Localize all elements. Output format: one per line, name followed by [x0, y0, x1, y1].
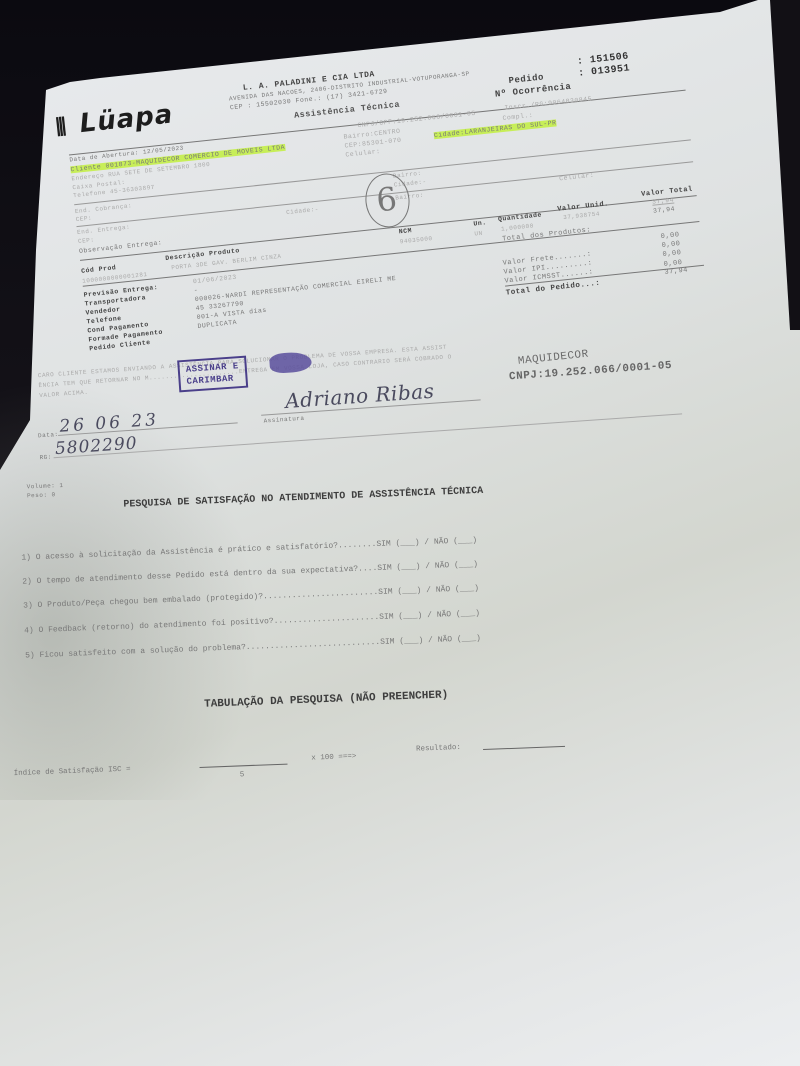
- survey-question-1[interactable]: 1) O acesso à solicitação da Assistência…: [21, 536, 477, 563]
- cidade-entrega: Cidade:-: [286, 206, 319, 216]
- total-pedido-value: 37,94: [664, 266, 688, 276]
- client-cnpj: CNPJ/CPF:19.252.066/0001-05: [357, 110, 476, 129]
- brand-logo: Lüapa: [78, 99, 174, 139]
- volume: Volume: 1: [27, 482, 64, 490]
- sign-and-stamp-box: ASSINAR E CARIMBAR: [177, 356, 248, 393]
- rg-label: RG:: [39, 453, 52, 461]
- survey-question-4[interactable]: 4) O Feedback (retorno) do atendimento f…: [24, 609, 480, 636]
- company-stamp-name: MAQUIDECOR: [517, 349, 589, 368]
- technical-assistance-form: ⫴ Lüapa L. A. PALADINI E CIA LTDA AVENID…: [0, 0, 800, 1066]
- resultado-label: Resultado:: [416, 744, 461, 754]
- isc-label: Índice de Satisfação ISC =: [14, 766, 131, 778]
- cell-quantidade: 1,000000: [501, 222, 534, 232]
- isc-numerator-line[interactable]: [200, 764, 288, 768]
- notice-line-3: VALOR ACIMA.: [39, 389, 89, 399]
- previsao-value: 01/06/2023: [193, 274, 238, 286]
- isc-denominator: 5: [240, 771, 245, 779]
- ink-stamp-blob: [269, 351, 312, 374]
- col-cod-prod: Cód Prod: [81, 264, 117, 275]
- cell-valor-total: 37,94: [652, 197, 675, 206]
- survey-question-3[interactable]: 3) O Produto/Peça chegou bem embalado (p…: [23, 584, 479, 611]
- brand-logo-icon: ⫴: [55, 113, 68, 142]
- ocorrencia-label: Nº Ocorrência: [494, 82, 571, 100]
- client-celular: Celular:: [345, 148, 381, 159]
- client-compl: Compl.:: [502, 112, 533, 122]
- forma-pagamento-value: DUPLICATA: [197, 319, 237, 330]
- col-ncm: NCM: [398, 227, 412, 235]
- isc-multiplier: x 100 ===>: [311, 753, 356, 763]
- cell-ncm: 94035000: [400, 235, 433, 245]
- survey-question-5[interactable]: 5) Ficou satisfeito com a solução do pro…: [25, 634, 481, 661]
- cep-entrega: CEP:: [78, 236, 95, 245]
- resultado-line[interactable]: [483, 746, 565, 750]
- assinatura-label: Assinatura: [263, 415, 304, 425]
- transportadora-value: -: [193, 287, 198, 294]
- survey-title: PESQUISA DE SATISFAÇÃO NO ATENDIMENTO DE…: [123, 486, 483, 511]
- col-un: Un.: [473, 219, 487, 227]
- survey-question-2[interactable]: 2) O tempo de atendimento desse Pedido e…: [22, 560, 478, 587]
- cep-cobranca: CEP:: [75, 214, 92, 223]
- client-city: Cidade:LARANJEIRAS DO SUL-PR: [434, 119, 557, 139]
- peso: Peso: 0: [27, 491, 56, 499]
- data-handwritten: 26 06 23: [59, 410, 160, 437]
- tabulation-title: TABULAÇÃO DA PESQUISA (NÃO PREENCHER): [204, 689, 449, 710]
- col-quantidade: Quantidade: [498, 211, 543, 223]
- total-produtos-value: 37,94: [653, 205, 676, 214]
- celular-entrega: Celular:: [559, 172, 595, 183]
- form-header-section: ⫴ Lüapa L. A. PALADINI E CIA LTDA AVENID…: [50, 3, 686, 70]
- cell-un: UN: [474, 230, 483, 238]
- client-inscr: Inscr./RG:9064830845: [504, 96, 592, 112]
- ipi-value: 0,00: [662, 249, 682, 259]
